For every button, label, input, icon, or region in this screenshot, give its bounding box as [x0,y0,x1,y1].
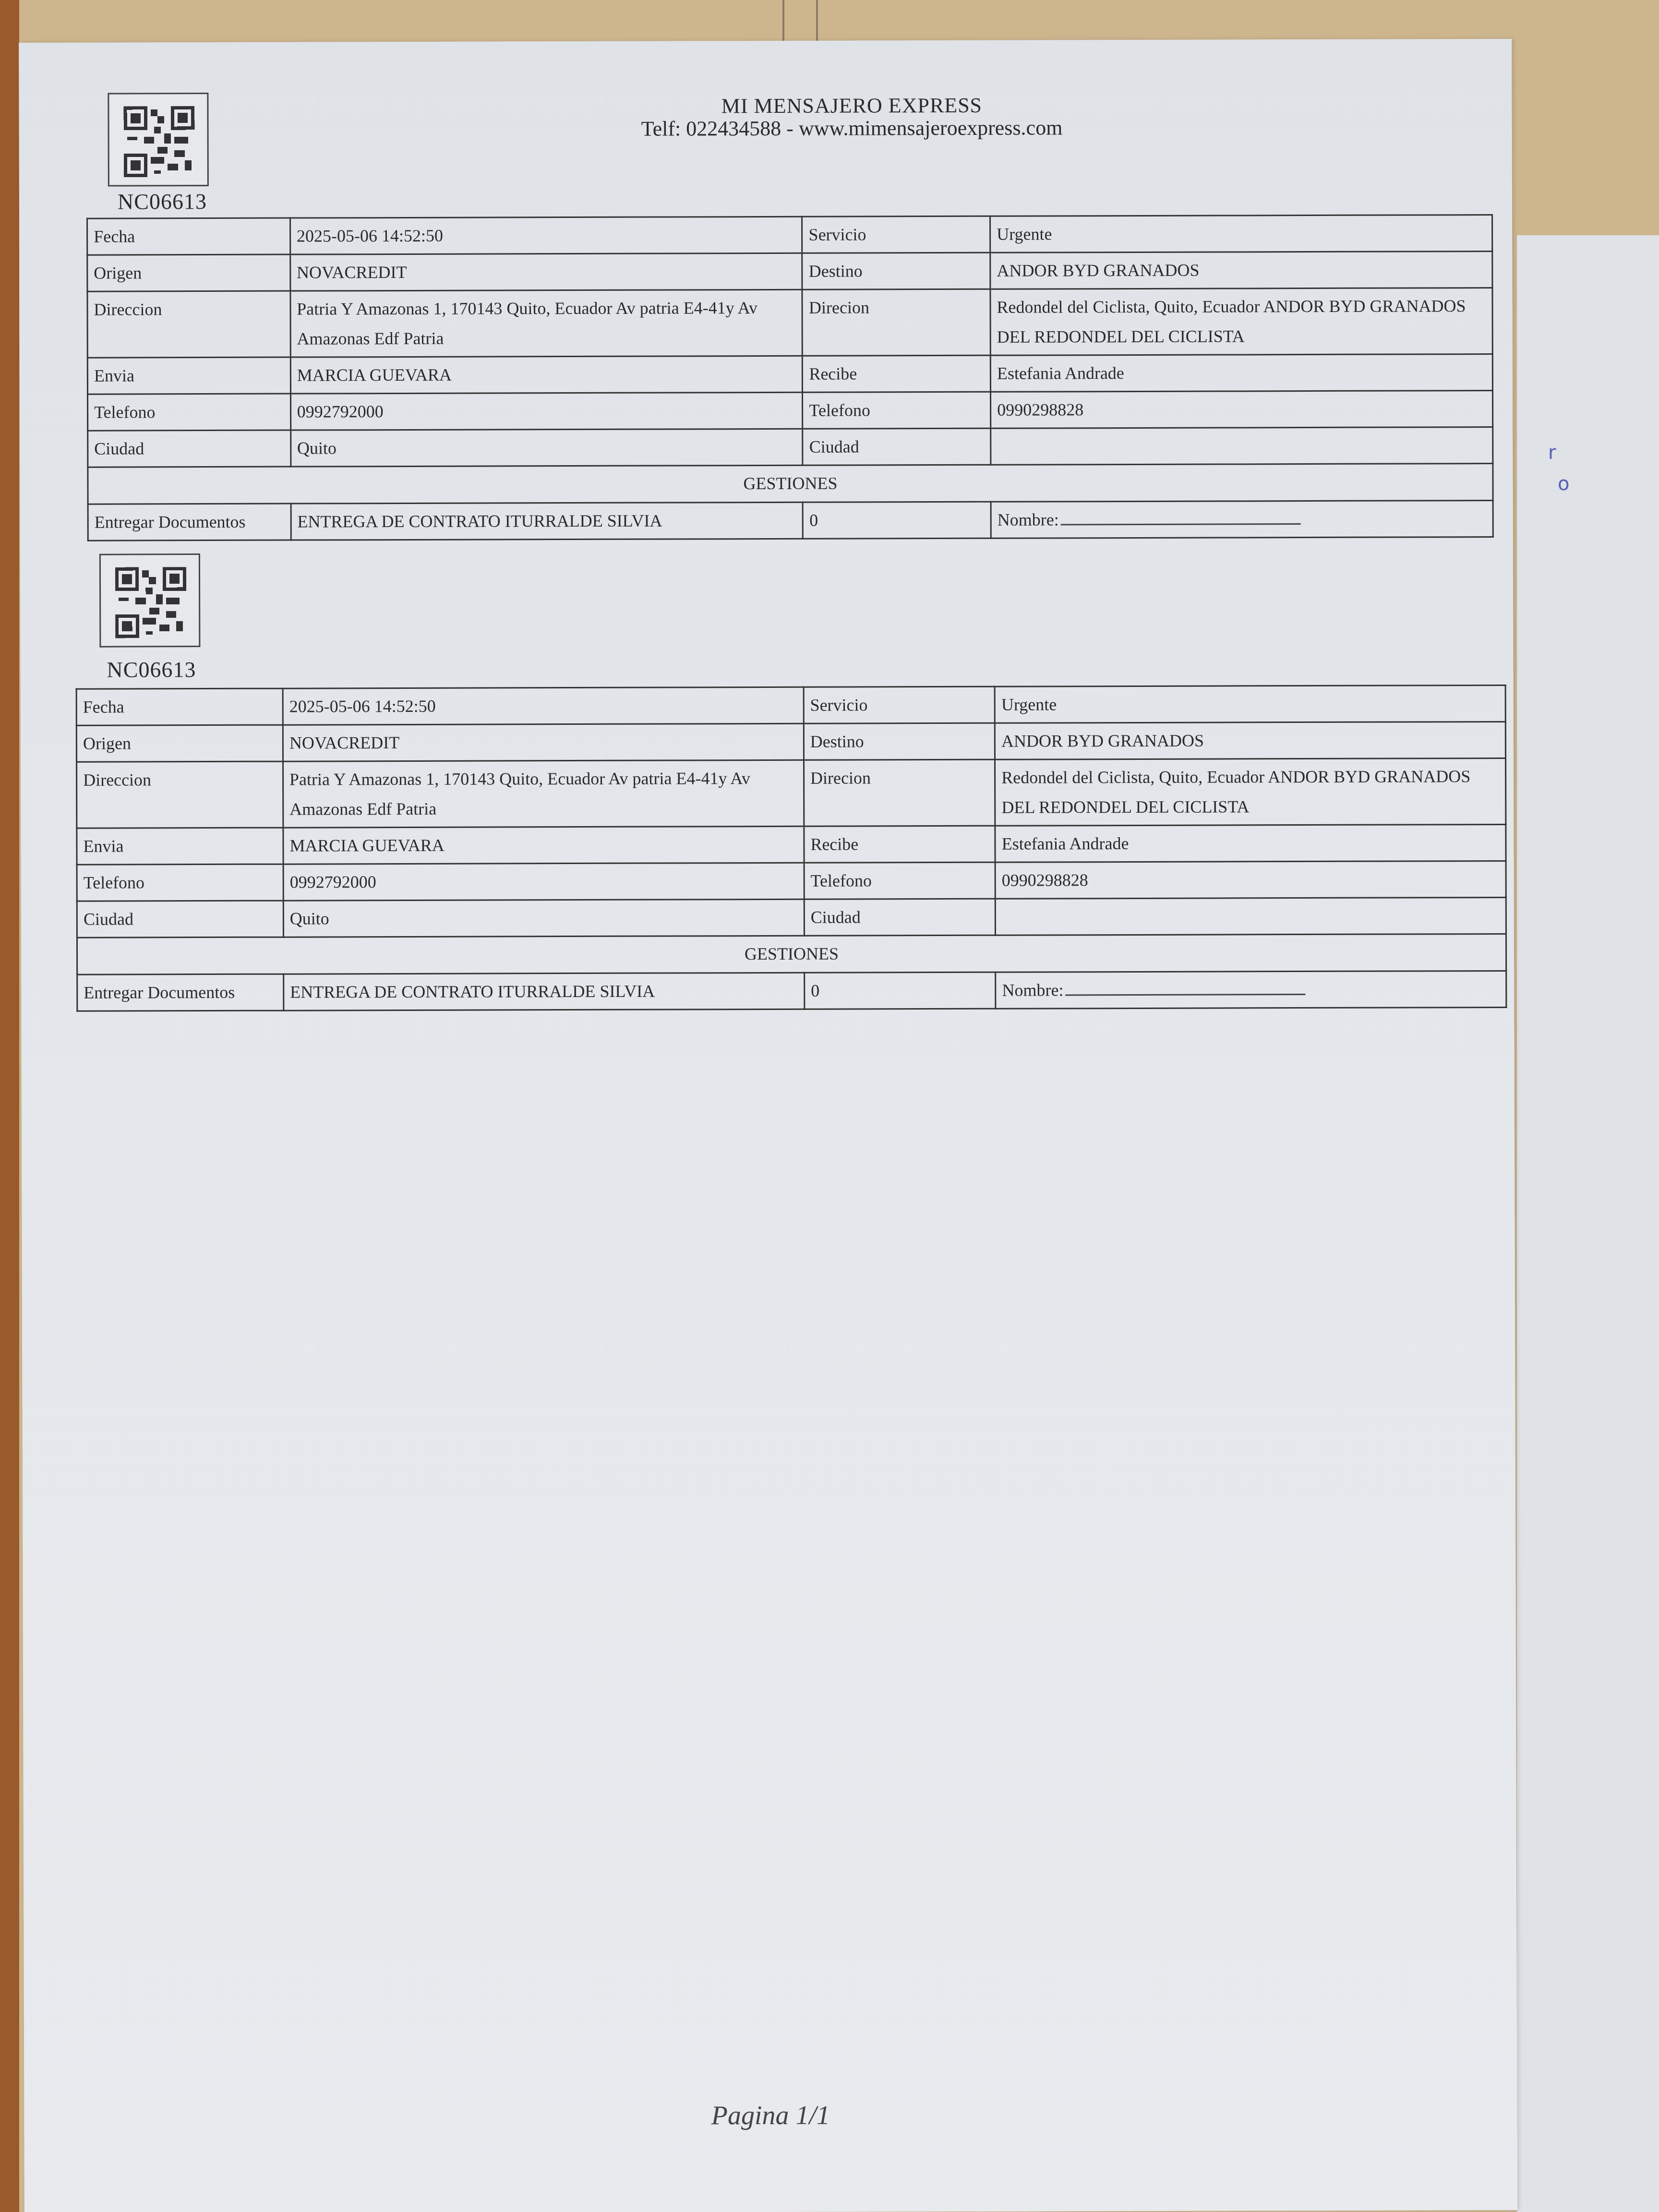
label-direcion: Direcion [802,289,990,356]
value-destino: ANDOR BYD GRANADOS [990,252,1492,289]
value-origen: NOVACREDIT [290,253,802,291]
value-envia: MARCIA GUEVARA [283,826,804,864]
label-ciudad: Ciudad [88,430,291,467]
value-ciudad-recibe [995,898,1506,936]
value-origen: NOVACREDIT [283,723,804,761]
value-destino: ANDOR BYD GRANADOS [995,722,1505,760]
label-recibe: Recibe [803,355,991,392]
qr-code-icon [99,553,201,648]
pen-mark: r [1548,442,1556,464]
signature-line [1061,523,1301,525]
label-direccion: Direccion [87,291,290,357]
label-fecha: Fecha [76,688,283,725]
label-telefono-recibe: Telefono [803,392,991,429]
value-ciudad-recibe [991,427,1493,465]
signature-field: Nombre: [991,500,1493,538]
page-number: Pagina 1/1 [24,2098,1517,2133]
label-servicio: Servicio [804,686,995,723]
label-telefono-recibe: Telefono [804,862,995,899]
document-page: MI MENSAJERO EXPRESS Telf: 022434588 - w… [19,39,1517,2212]
label-envia: Envia [77,828,283,865]
gestion-tipo: Entregar Documentos [88,504,291,541]
value-fecha: 2025-05-06 14:52:50 [290,216,802,254]
signature-field: Nombre: [996,971,1506,1009]
qr-code-icon [108,93,209,187]
gestion-cantidad: 0 [805,972,996,1009]
label-telefono: Telefono [88,394,291,431]
value-servicio: Urgente [995,685,1505,723]
gestiones-header: GESTIONES [77,934,1506,974]
label-ciudad-recibe: Ciudad [804,899,995,936]
value-servicio: Urgente [990,215,1492,253]
label-recibe: Recibe [804,826,995,863]
value-direccion-destino: Redondel del Ciclista, Quito, Ecuador AN… [990,288,1492,355]
gestion-detalle: ENTREGA DE CONTRATO ITURRALDE SILVIA [291,502,803,540]
label-destino: Destino [802,252,990,289]
label-origen: Origen [87,254,290,291]
label-fecha: Fecha [87,218,290,255]
tracking-code: NC06613 [118,189,207,214]
document-header: MI MENSAJERO EXPRESS Telf: 022434588 - w… [19,92,1512,143]
shipment-table: Fecha 2025-05-06 14:52:50 Servicio Urgen… [76,685,1507,1011]
label-origen: Origen [76,725,283,762]
label-direcion: Direcion [804,760,995,826]
label-ciudad: Ciudad [77,901,283,938]
gestion-cantidad: 0 [803,502,991,539]
tracking-code: NC06613 [107,657,196,682]
nombre-label: Nombre: [998,510,1059,529]
value-direccion-destino: Redondel del Ciclista, Quito, Ecuador AN… [995,758,1506,826]
label-destino: Destino [804,723,995,760]
label-direccion: Direccion [77,762,283,829]
value-direccion: Patria Y Amazonas 1, 170143 Quito, Ecuad… [290,290,803,357]
pen-mark: o [1558,473,1569,495]
company-contact: Telf: 022434588 - www.mimensajeroexpress… [192,114,1512,142]
label-servicio: Servicio [802,216,990,253]
folder-edge [0,0,19,2212]
value-recibe: Estefania Andrade [990,354,1492,392]
nombre-label: Nombre: [1002,980,1063,999]
value-direccion: Patria Y Amazonas 1, 170143 Quito, Ecuad… [283,760,804,828]
value-fecha: 2025-05-06 14:52:50 [283,687,804,725]
value-envia: MARCIA GUEVARA [290,356,803,394]
underlying-sheet [1517,235,1659,2212]
value-telefono-recibe: 0990298828 [995,861,1506,899]
value-telefono-envia: 0992792000 [290,392,803,430]
label-envia: Envia [87,357,290,394]
gestion-detalle: ENTREGA DE CONTRATO ITURRALDE SILVIA [284,973,805,1010]
gestiones-header: GESTIONES [88,464,1493,504]
value-ciudad-envia: Quito [290,429,803,467]
shipment-table: Fecha 2025-05-06 14:52:50 Servicio Urgen… [86,214,1494,541]
value-recibe: Estefania Andrade [995,824,1506,862]
label-telefono: Telefono [77,864,283,901]
signature-line [1065,994,1305,996]
value-ciudad-envia: Quito [283,899,804,937]
value-telefono-envia: 0992792000 [283,863,804,901]
value-telefono-recibe: 0990298828 [991,390,1493,428]
label-ciudad-recibe: Ciudad [803,428,991,465]
gestion-tipo: Entregar Documentos [77,974,284,1011]
